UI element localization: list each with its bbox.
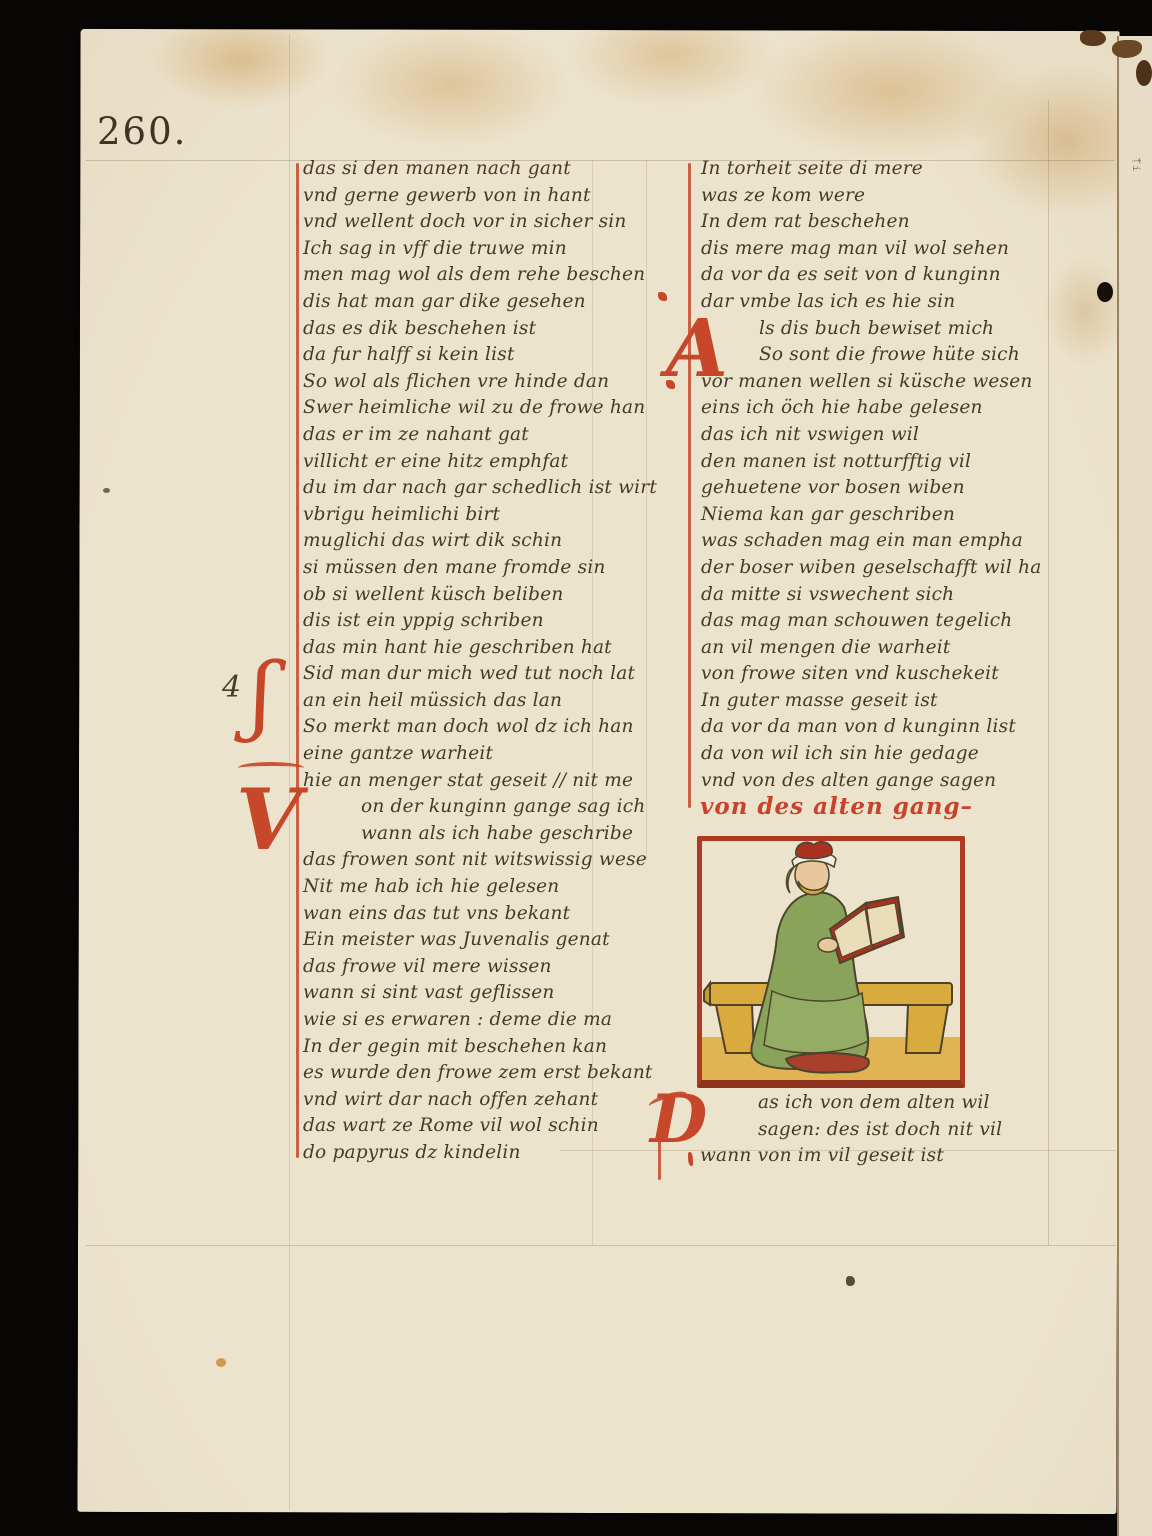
manuscript-line: wie si es erwaren : deme die ma [303, 1007, 688, 1034]
manuscript-line: as ich von dem alten wil [700, 1090, 1090, 1117]
manuscript-line: an ein heil müssich das lan [303, 688, 688, 715]
manuscript-line: Niema kan gar geschriben [701, 502, 1081, 529]
manuscript-line: do papyrus dz kindelin [303, 1140, 688, 1167]
binding-debris [1080, 30, 1106, 46]
manuscript-line: Swer heimliche wil zu de frowe han [303, 395, 688, 422]
manuscript-line: wan eins das tut vns bekant [303, 901, 688, 928]
manuscript-line: So merkt man doch wol dz ich han [303, 714, 688, 741]
manuscript-line: das es dik beschehen ist [303, 316, 688, 343]
manuscript-line: eine gantze warheit [303, 741, 688, 768]
red-shoes [786, 1053, 869, 1073]
manuscript-line: men mag wol als dem rehe beschen [303, 262, 688, 289]
manuscript-line: wann als ich habe geschribe [303, 821, 688, 848]
manuscript-line: gehuetene vor bosen wiben [701, 475, 1081, 502]
manuscript-line: muglichi das wirt dik schin [303, 528, 688, 555]
manuscript-line: das min hant hie geschriben hat [303, 635, 688, 662]
marginal-number: 4 [222, 670, 241, 705]
manuscript-line: das ich nit vswigen wil [701, 422, 1081, 449]
manuscript-line: wann si sint vast geflissen [303, 980, 688, 1007]
manuscript-line: von frowe siten vnd kuschekeit [701, 661, 1081, 688]
manuscript-line: si müssen den mane fromde sin [303, 555, 688, 582]
photo-background: { "page": { "folio_number": "260.", "rub… [0, 0, 1152, 1536]
manuscript-line: was schaden mag ein man empha [701, 528, 1081, 555]
manuscript-line: villicht er eine hitz emphfat [303, 449, 688, 476]
manuscript-line: das er im ze nahant gat [303, 422, 688, 449]
manuscript-line: das frowen sont nit witswissig wese [303, 847, 688, 874]
marginal-mark: 4 ʃ [222, 652, 312, 772]
manuscript-line: vnd wellent doch vor in sicher sin [303, 209, 688, 236]
initial-V: V [236, 778, 301, 862]
manuscript-line: vnd von des alten gange sagen [701, 768, 1081, 795]
manuscript-line: So wol als flichen vre hinde dan [303, 369, 688, 396]
manuscript-line: dis ist ein yppig schriben [303, 608, 688, 635]
manuscript-line: was ze kom were [701, 183, 1081, 210]
manuscript-line: vbrigu heimlichi birt [303, 502, 688, 529]
text-column-right-below: as ich von dem alten wilsagen: des ist d… [700, 1090, 1090, 1170]
manuscript-line: vnd gerne gewerb von in hant [303, 183, 688, 210]
manuscript-line: dis hat man gar dike gesehen [303, 289, 688, 316]
manuscript-line: eins ich öch hie habe gelesen [701, 395, 1081, 422]
manuscript-line: da von wil ich sin hie gedage [701, 741, 1081, 768]
stain-spot [216, 1358, 226, 1367]
manuscript-line: an vil mengen die warheit [701, 635, 1081, 662]
red-hat [796, 842, 832, 859]
manuscript-line: vor manen wellen si küsche wesen [701, 369, 1081, 396]
manuscript-line: da fur halff si kein list [303, 342, 688, 369]
adjacent-page-edge [1117, 36, 1152, 1536]
manuscript-line: In guter masse geseit ist [701, 688, 1081, 715]
manuscript-line: dis mere mag man vil wol sehen [701, 236, 1081, 263]
manuscript-line: In torheit seite di mere [701, 156, 1081, 183]
smudge [846, 1276, 855, 1286]
manuscript-line: ob si wellent küsch beliben [303, 582, 688, 609]
manuscript-line: Ich sag in vff die truwe min [303, 236, 688, 263]
manuscript-line: den manen ist notturfftig vil [701, 449, 1081, 476]
manuscript-line: du im dar nach gar schedlich ist wirt [303, 475, 688, 502]
manuscript-line: das wart ze Rome vil wol schin [303, 1113, 688, 1140]
manuscript-line: das frowe vil mere wissen [303, 954, 688, 981]
manuscript-line: dar vmbe las ich es hie sin [701, 289, 1081, 316]
red-touch-mark [688, 1152, 693, 1166]
manuscript-line: on der kunginn gange sag ich [303, 794, 688, 821]
manuscript-line: Ein meister was Juvenalis genat [303, 927, 688, 954]
manuscript-line: es wurde den frowe zem erst bekant [303, 1060, 688, 1087]
edge-scribble: ᛠ𝚒 [1130, 158, 1142, 173]
red-line-filler [666, 380, 675, 389]
manuscript-line: wann von im vil geseit ist [700, 1143, 1090, 1170]
manuscript-line: da vor da man von d kunginn list [701, 714, 1081, 741]
manuscript-line: da mitte si vswechent sich [701, 582, 1081, 609]
red-margin-line-col2 [688, 163, 691, 808]
manuscript-line: In der gegin mit beschehen kan [303, 1034, 688, 1061]
red-paraph-mark: ʃ [250, 652, 273, 738]
text-column-right: In torheit seite di merewas ze kom wereI… [701, 156, 1081, 794]
manuscript-line: das si den manen nach gant [303, 156, 688, 183]
manuscript-line: hie an menger stat geseit // nit me [303, 768, 688, 795]
folio-number: 260. [97, 110, 187, 153]
smudge [103, 488, 110, 493]
manuscript-line: das mag man schouwen tegelich [701, 608, 1081, 635]
binding-debris [1136, 60, 1152, 86]
red-line-filler [658, 292, 667, 301]
manuscript-line: In dem rat beschehen [701, 209, 1081, 236]
initial-descender [658, 1140, 661, 1180]
manuscript-line: ls dis buch bewiset mich [701, 316, 1081, 343]
manuscript-line: Nit me hab ich hie gelesen [303, 874, 688, 901]
chapter-rubric: von des alten gang– [700, 793, 973, 820]
text-column-left: das si den manen nach gantvnd gerne gewe… [303, 156, 688, 1167]
ruling-line [86, 1245, 1116, 1246]
gold-hair [787, 867, 794, 893]
manuscript-line: So sont die frowe hüte sich [701, 342, 1081, 369]
miniature-frame [697, 836, 965, 1088]
manuscript-line: da vor da es seit von d kunginn [701, 262, 1081, 289]
manuscript-line: sagen: des ist doch nit vil [700, 1117, 1090, 1144]
initial-A: A [666, 308, 728, 388]
manuscript-line: Sid man dur mich wed tut noch lat [303, 661, 688, 688]
robe-drape [764, 991, 868, 1053]
manuscript-line: vnd wirt dar nach offen zehant [303, 1087, 688, 1114]
ink-blot [1097, 282, 1113, 302]
manuscript-line: der boser wiben geselschafft wil ha [701, 555, 1081, 582]
miniature-illustration [702, 841, 960, 1080]
hand [818, 938, 838, 952]
